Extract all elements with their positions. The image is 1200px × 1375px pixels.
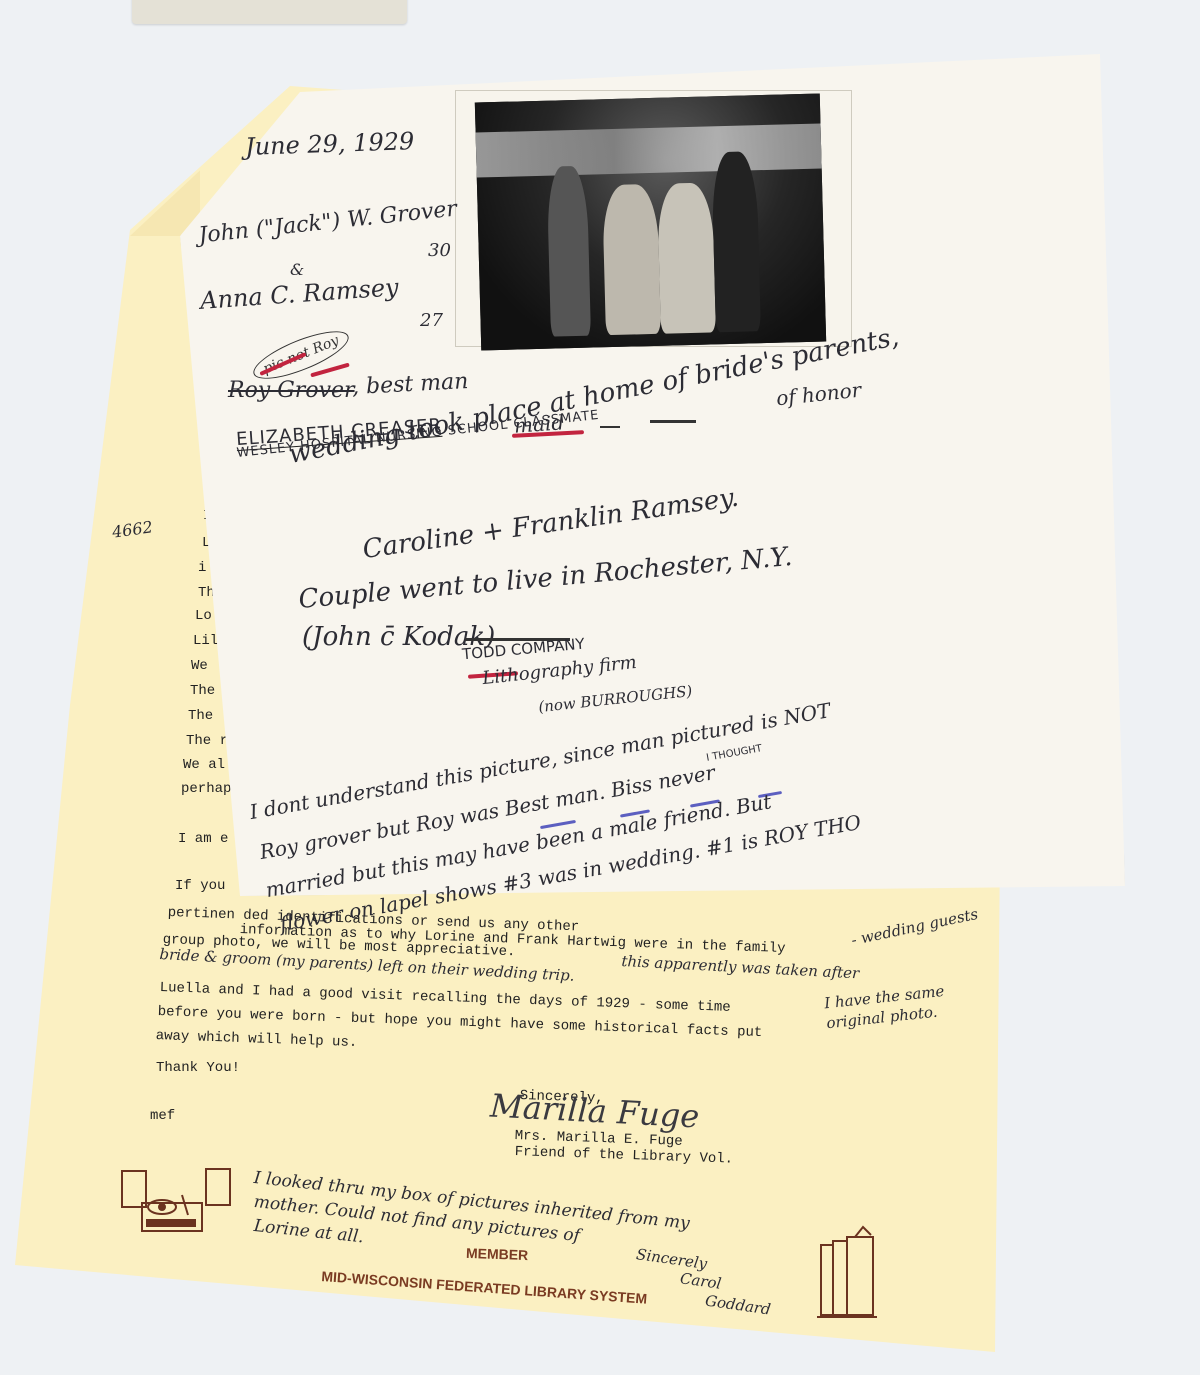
record-player-icon bbox=[118, 1165, 238, 1235]
note-groom-age: 30 bbox=[428, 240, 451, 261]
member-label: MEMBER bbox=[466, 1245, 529, 1263]
top-photo-card-edge bbox=[132, 0, 407, 24]
scribble-1 bbox=[600, 426, 620, 428]
books-icon bbox=[815, 1225, 885, 1325]
wedding-photo bbox=[475, 94, 826, 351]
note-and: & bbox=[290, 260, 304, 279]
note-best-man-struck: Roy Grover bbox=[228, 378, 355, 403]
scribble-2 bbox=[650, 420, 696, 423]
thank-you: Thank You! bbox=[156, 1060, 240, 1076]
note-date: June 29, 1929 bbox=[245, 127, 415, 161]
typist-initials: mef bbox=[150, 1108, 175, 1124]
note-bride-age: 27 bbox=[420, 310, 443, 331]
letter-folded-corner bbox=[130, 86, 200, 236]
